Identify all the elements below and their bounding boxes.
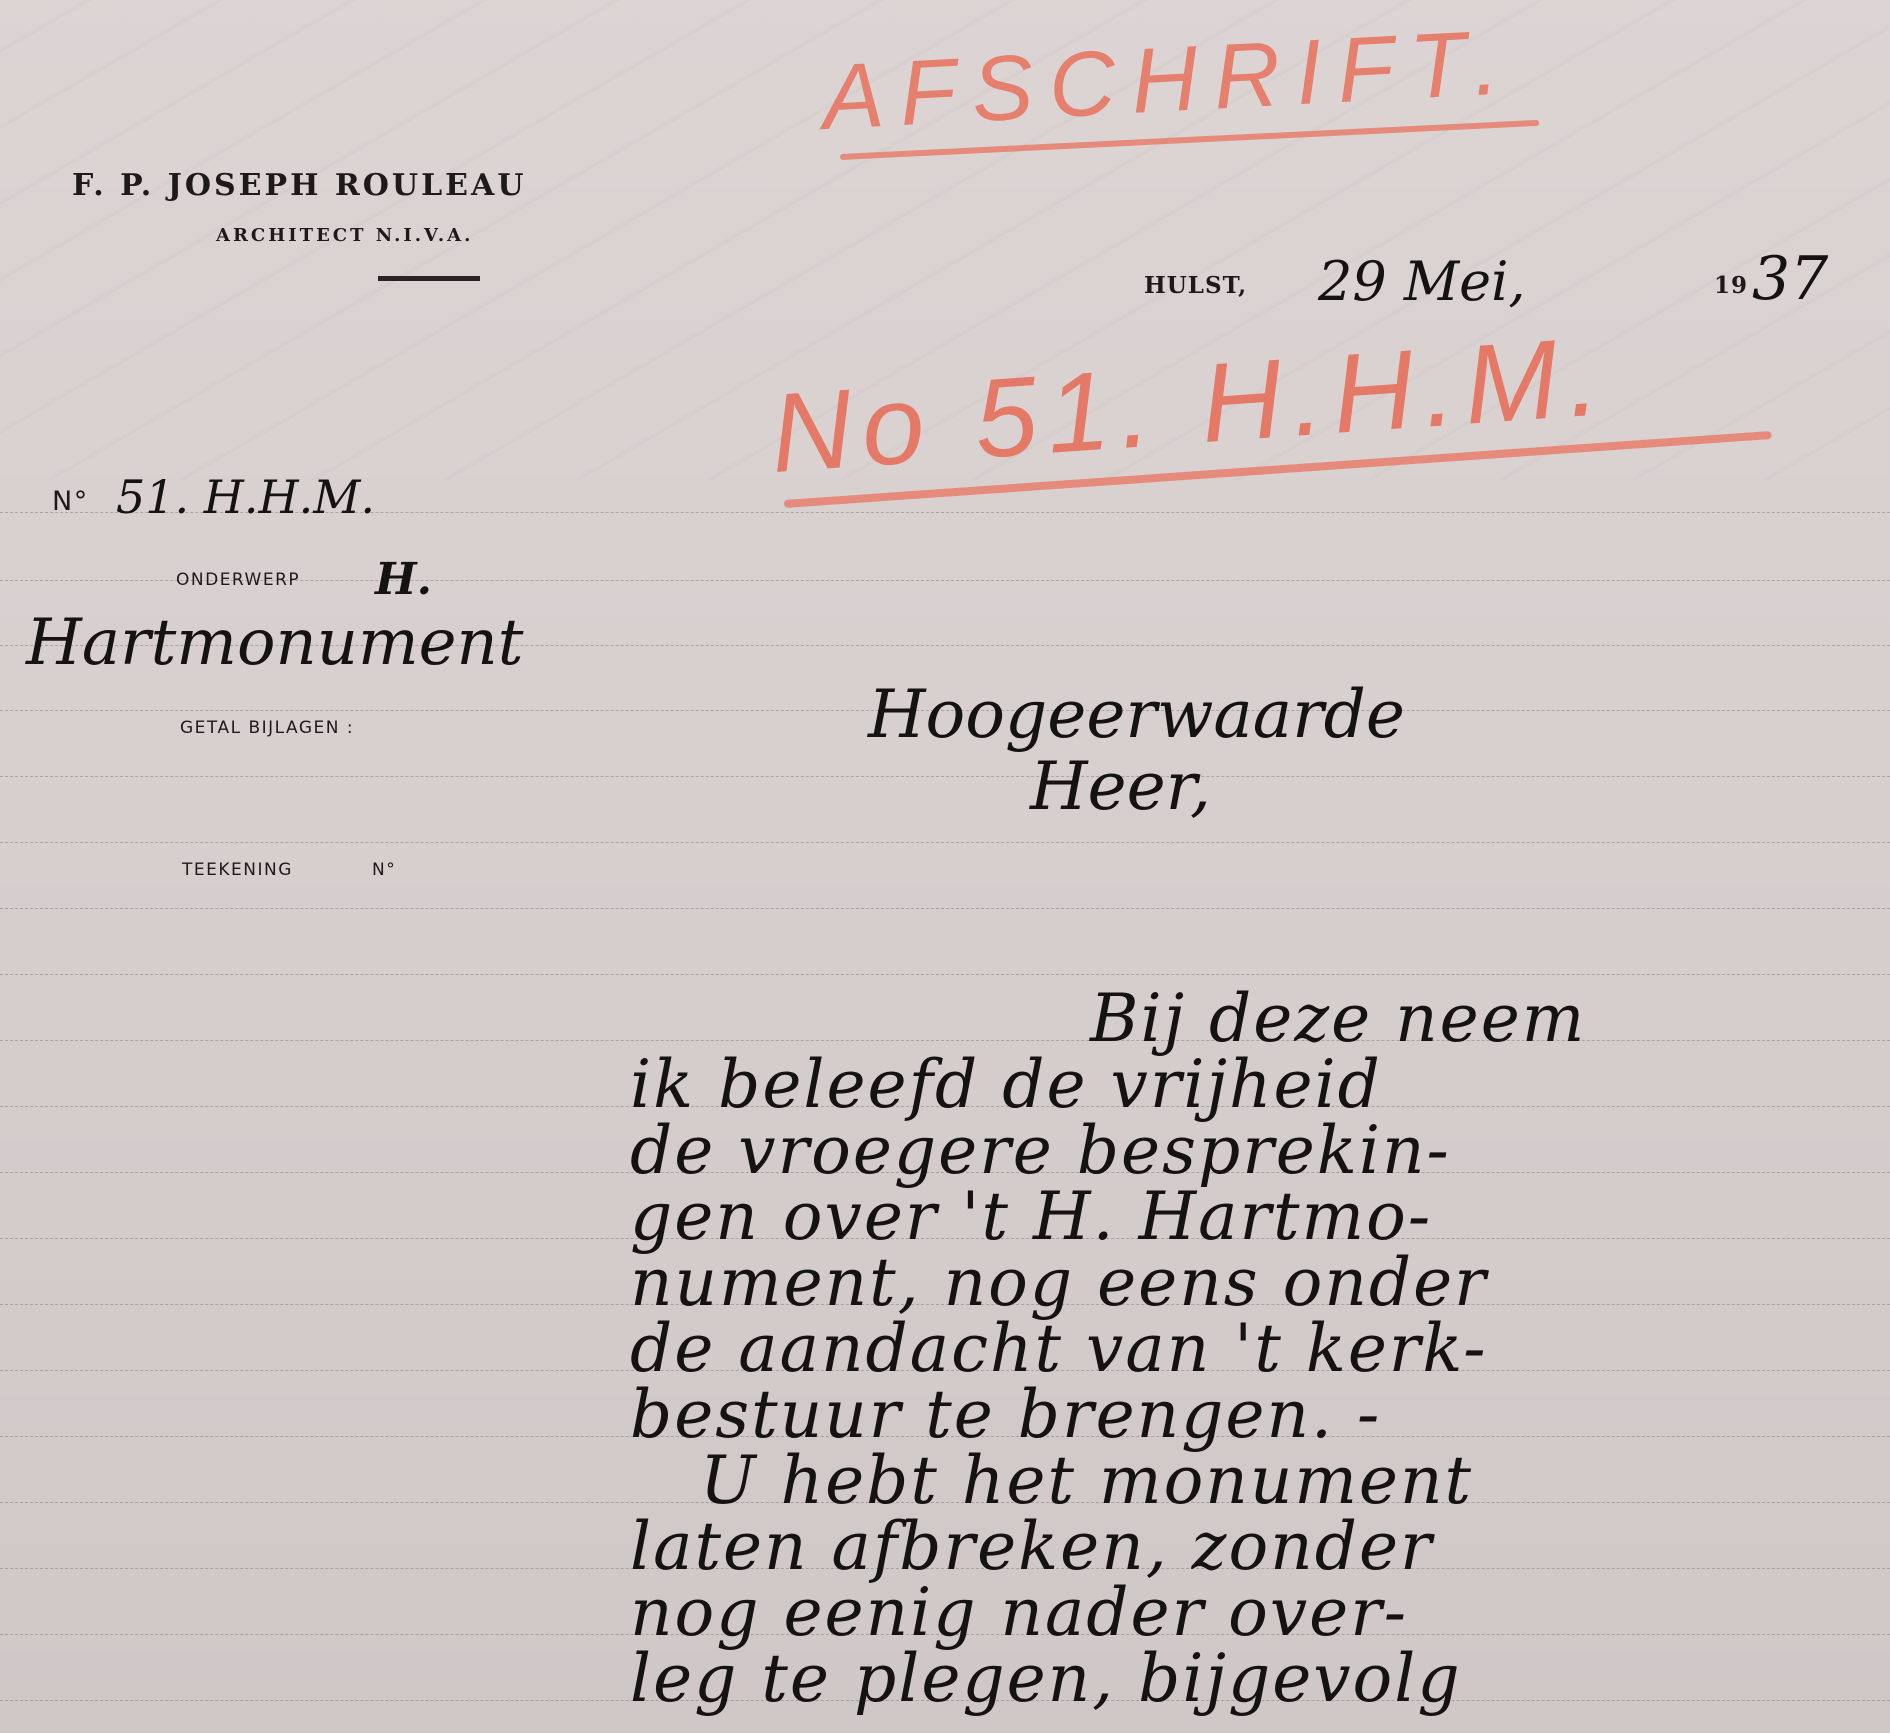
dateline-day-month: 29 Mei, [1318,250,1526,313]
drawing-label: TEEKENING [182,860,293,880]
salutation-line-1: Hoogeerwaarde [868,676,1405,753]
subject-value-prefix: H. [375,554,432,605]
ruled-line [0,974,1890,975]
number-value: 51. H.H.M. [116,470,375,524]
dateline-year-suffix: 37 [1752,244,1828,314]
letterhead-title: ARCHITECT N.I.V.A. [216,225,473,246]
number-label: N° [52,486,89,517]
dateline-place: HULST, [1144,272,1247,299]
subject-value: Hartmonument [26,606,523,680]
ruled-line [0,1040,1890,1041]
subject-label: ONDERWERP [176,570,300,590]
attachments-label: GETAL BIJLAGEN : [180,718,354,738]
ruled-line [0,842,1890,843]
body-line: leg te plegen, bijgevolg [630,1640,1462,1717]
salutation-line-2: Heer, [1030,748,1211,825]
dateline-year-prefix: 19 [1714,272,1748,299]
ruled-line [0,776,1890,777]
letterhead-name: F. P. JOSEPH ROULEAU [72,168,526,203]
ruled-line [0,908,1890,909]
letterhead-divider [378,276,480,281]
drawing-number-label: N° [372,860,396,880]
